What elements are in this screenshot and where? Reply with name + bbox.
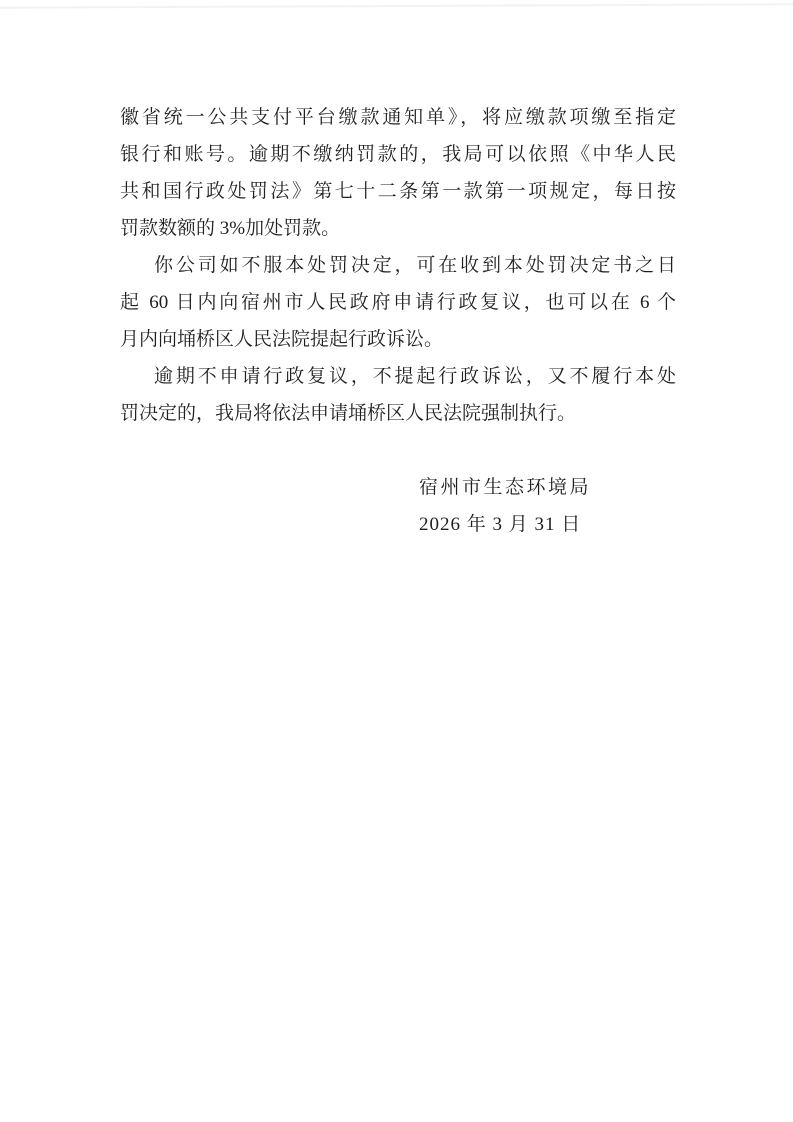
body-text-line-p1-l1: 徽省统一公共支付平台缴款通知单》，将应缴款项缴至指定 xyxy=(120,99,676,136)
signature-organization: 宿州市生态环境局 xyxy=(419,469,591,506)
body-text-line-p2-l3: 月内向埇桥区人民法院提起行政诉讼。 xyxy=(120,321,676,358)
body-text-line-p3-l2: 罚决定的，我局将依法申请埇桥区人民法院强制执行。 xyxy=(120,395,676,432)
body-text-line-p1-l3: 共和国行政处罚法》第七十二条第一款第一项规定，每日按 xyxy=(120,173,676,210)
scan-artifact-line xyxy=(0,3,793,8)
document-page: 徽省统一公共支付平台缴款通知单》，将应缴款项缴至指定银行和账号。逾期不缴纳罚款的… xyxy=(0,0,793,1122)
body-text-line-p1-l2: 银行和账号。逾期不缴纳罚款的，我局可以依照《中华人民 xyxy=(120,136,676,173)
body-text-line-p2-l2: 起 60 日内向宿州市人民政府申请行政复议，也可以在 6 个 xyxy=(120,284,676,321)
document-body-text: 徽省统一公共支付平台缴款通知单》，将应缴款项缴至指定银行和账号。逾期不缴纳罚款的… xyxy=(120,99,676,432)
body-text-line-p2-l1: 你公司如不服本处罚决定，可在收到本处罚决定书之日 xyxy=(120,247,676,284)
body-text-line-p1-l4: 罚款数额的 3%加处罚款。 xyxy=(120,210,676,247)
body-text-line-p3-l1: 逾期不申请行政复议，不提起行政诉讼，又不履行本处 xyxy=(120,358,676,395)
signature-date: 2026 年 3 月 31 日 xyxy=(419,506,591,543)
signature-block: 宿州市生态环境局 2026 年 3 月 31 日 xyxy=(419,469,591,543)
